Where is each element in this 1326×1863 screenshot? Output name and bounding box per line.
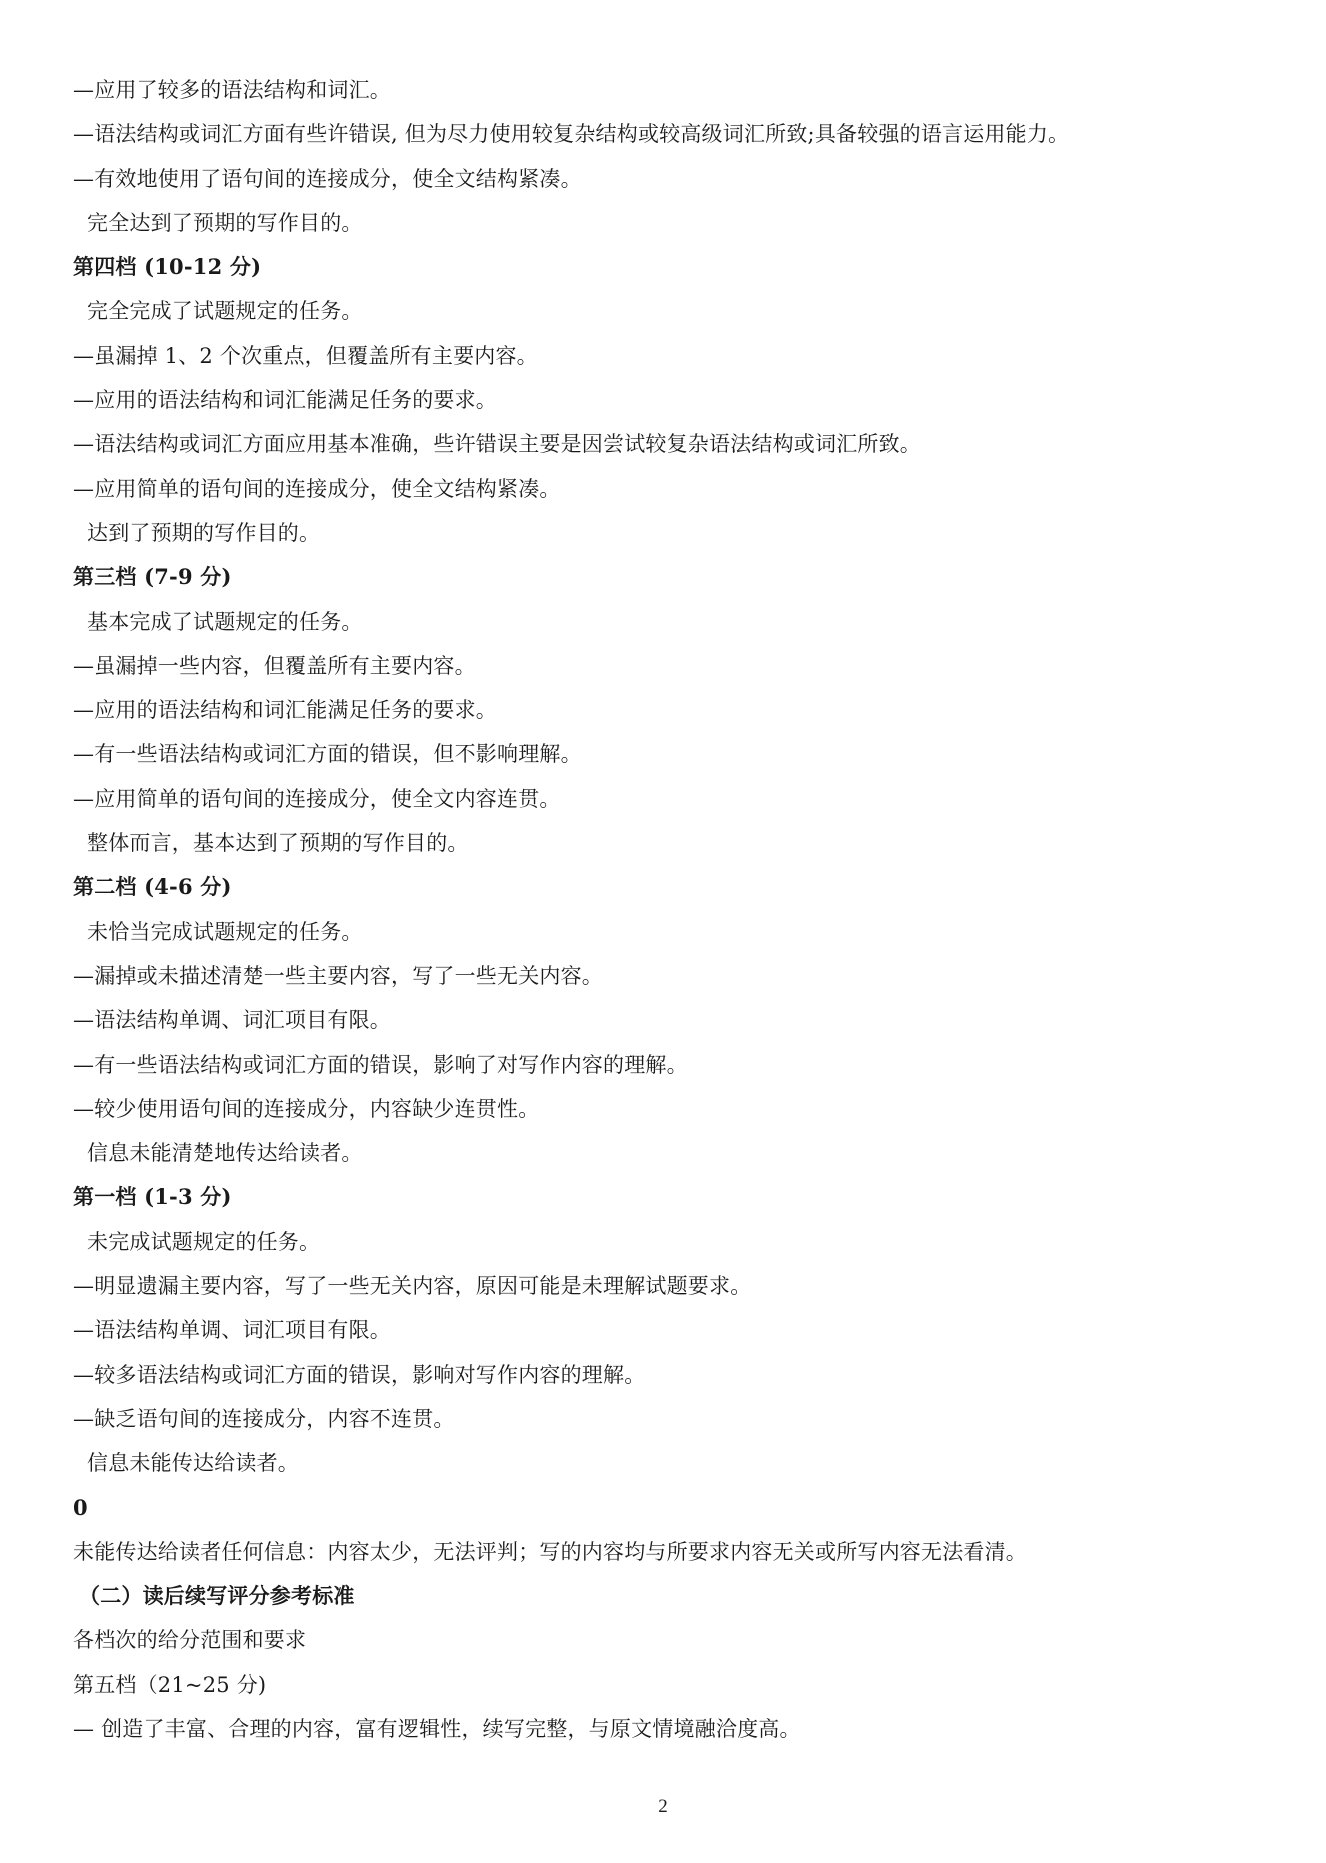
band-heading-1: 第一档 (1-3 分): [73, 1175, 1313, 1219]
bullet-line: —语法结构单调、词汇项目有限。: [73, 998, 1313, 1042]
bullet-line: —应用了较多的语法结构和词汇。: [73, 68, 1313, 112]
summary-line: 达到了预期的写作目的。: [73, 511, 1313, 555]
bullet-line: —应用的语法结构和词汇能满足任务的要求。: [73, 688, 1313, 732]
summary-line: 未恰当完成试题规定的任务。: [73, 910, 1313, 954]
summary-line: 信息未能传达给读者。: [73, 1441, 1313, 1485]
bullet-line: —有一些语法结构或词汇方面的错误，但不影响理解。: [73, 732, 1313, 776]
band-0-description: 未能传达给读者任何信息：内容太少，无法评判；写的内容均与所要求内容无关或所写内容…: [73, 1530, 1313, 1574]
band-heading-2: 第二档 (4-6 分): [73, 865, 1313, 909]
bullet-line: —有效地使用了语句间的连接成分，使全文结构紧凑。: [73, 157, 1313, 201]
summary-line: 基本完成了试题规定的任务。: [73, 600, 1313, 644]
bullet-line: —漏掉或未描述清楚一些主要内容，写了一些无关内容。: [73, 954, 1313, 998]
page-number: 2: [0, 1796, 1326, 1818]
bullet-line: —较少使用语句间的连接成分，内容缺少连贯性。: [73, 1087, 1313, 1131]
summary-line: 完全达到了预期的写作目的。: [73, 201, 1313, 245]
band-heading-0: 0: [73, 1486, 1313, 1530]
bullet-line: —缺乏语句间的连接成分，内容不连贯。: [73, 1397, 1313, 1441]
band-heading-3: 第三档 (7-9 分): [73, 555, 1313, 599]
bullet-line: —语法结构或词汇方面有些许错误, 但为尽力使用较复杂结构或较高级词汇所致;具备较…: [73, 112, 1313, 156]
section-heading: （二）读后续写评分参考标准: [73, 1574, 1313, 1618]
band-heading-4: 第四档 (10-12 分): [73, 245, 1313, 289]
bullet-line: —应用的语法结构和词汇能满足任务的要求。: [73, 378, 1313, 422]
bullet-line: —语法结构或词汇方面应用基本准确，些许错误主要是因尝试较复杂语法结构或词汇所致。: [73, 422, 1313, 466]
bullet-line: —应用简单的语句间的连接成分，使全文结构紧凑。: [73, 467, 1313, 511]
summary-line: 完全完成了试题规定的任务。: [73, 289, 1313, 333]
bullet-line: — 创造了丰富、合理的内容，富有逻辑性，续写完整，与原文情境融洽度高。: [73, 1707, 1313, 1751]
bullet-line: —明显遗漏主要内容，写了一些无关内容，原因可能是未理解试题要求。: [73, 1264, 1313, 1308]
section-subtitle: 各档次的给分范围和要求: [73, 1618, 1313, 1662]
bullet-line: —有一些语法结构或词汇方面的错误，影响了对写作内容的理解。: [73, 1043, 1313, 1087]
bullet-line: —应用简单的语句间的连接成分，使全文内容连贯。: [73, 777, 1313, 821]
bullet-line: —虽漏掉 1、2 个次重点，但覆盖所有主要内容。: [73, 334, 1313, 378]
summary-line: 信息未能清楚地传达给读者。: [73, 1131, 1313, 1175]
bullet-line: —较多语法结构或词汇方面的错误，影响对写作内容的理解。: [73, 1353, 1313, 1397]
bullet-line: —语法结构单调、词汇项目有限。: [73, 1308, 1313, 1352]
summary-line: 整体而言，基本达到了预期的写作目的。: [73, 821, 1313, 865]
bullet-line: —虽漏掉一些内容，但覆盖所有主要内容。: [73, 644, 1313, 688]
band-heading-5: 第五档（21~25 分): [73, 1663, 1313, 1707]
summary-line: 未完成试题规定的任务。: [73, 1220, 1313, 1264]
document-page: —应用了较多的语法结构和词汇。 —语法结构或词汇方面有些许错误, 但为尽力使用较…: [73, 68, 1313, 1751]
